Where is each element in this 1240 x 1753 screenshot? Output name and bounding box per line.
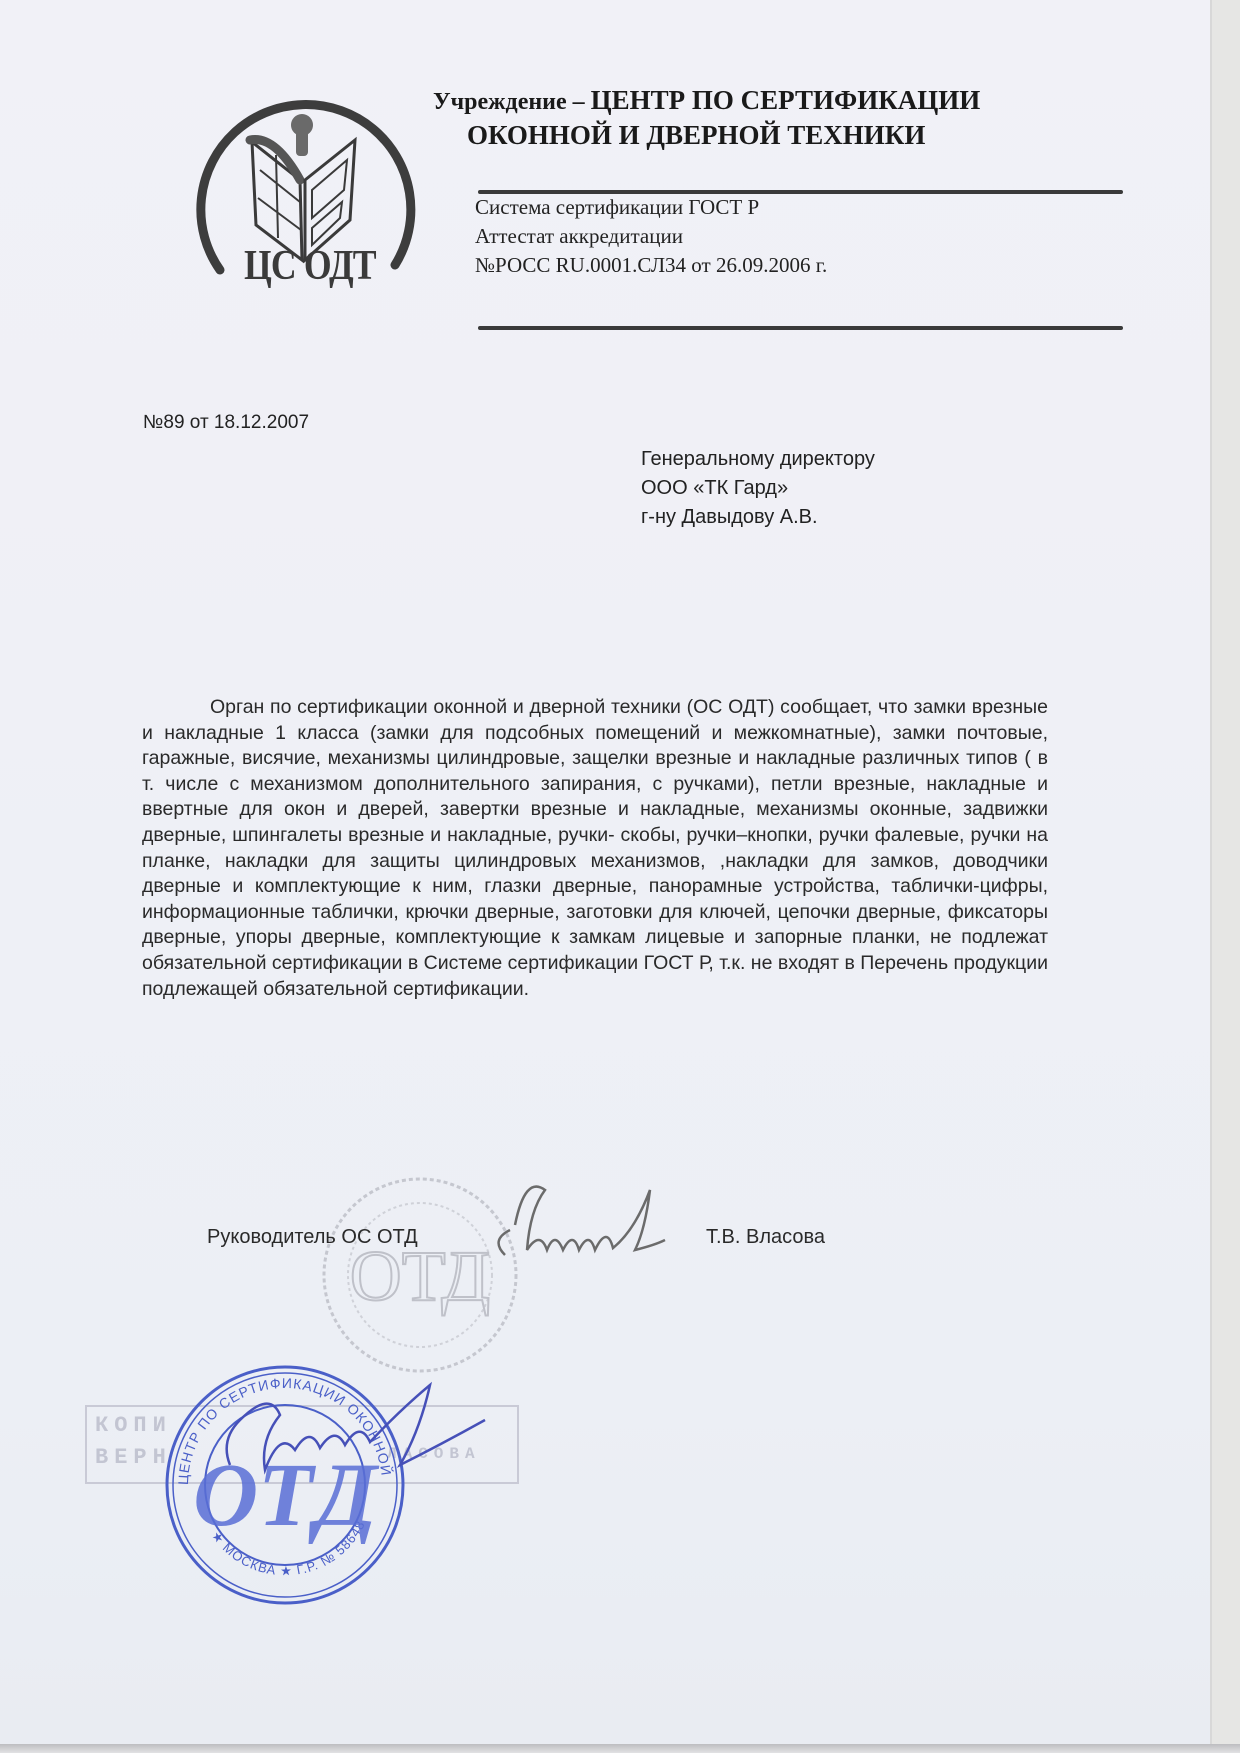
addressee-block: Генеральному директору ООО «ТК Гард» г-н… — [641, 445, 875, 532]
org-name-line2: ОКОННОЙ И ДВЕРНОЙ ТЕХНИКИ — [433, 119, 1073, 152]
letter-reference: №89 от 18.12.2007 — [143, 412, 309, 434]
signature-icon — [485, 1170, 685, 1280]
signatory-role: Руководитель ОС ОТД — [207, 1226, 418, 1249]
accreditation-label: Аттестат аккредитации — [475, 222, 827, 251]
accreditation-number: №РОСС RU.0001.СЛ34 от 26.09.2006 г. — [475, 251, 827, 280]
page-edge — [1210, 0, 1240, 1753]
letter-body: Орган по сертификации оконной и дверной … — [142, 695, 1048, 1002]
addressee-company: ООО «ТК Гард» — [641, 474, 875, 503]
body-paragraph: Орган по сертификации оконной и дверной … — [142, 695, 1048, 1002]
org-prefix: Учреждение – — [433, 89, 591, 115]
logo-caption: ЦС ОДТ — [244, 242, 376, 290]
addressee-title: Генеральному директору — [641, 445, 875, 474]
organization-title: Учреждение – ЦЕНТР ПО СЕРТИФИКАЦИИ ОКОНН… — [433, 84, 1073, 152]
header-rule-bottom — [478, 326, 1123, 330]
accreditation-block: Система сертификации ГОСТ Р Аттестат акк… — [475, 193, 827, 280]
certification-system: Система сертификации ГОСТ Р — [475, 193, 827, 222]
blue-signature-icon — [200, 1380, 490, 1490]
addressee-name: г-ну Давыдову А.В. — [641, 503, 875, 532]
page-bottom-edge — [0, 1744, 1240, 1753]
org-name-line1: ЦЕНТР ПО СЕРТИФИКАЦИИ — [591, 85, 981, 115]
signatory-name: Т.В. Власова — [706, 1226, 825, 1249]
